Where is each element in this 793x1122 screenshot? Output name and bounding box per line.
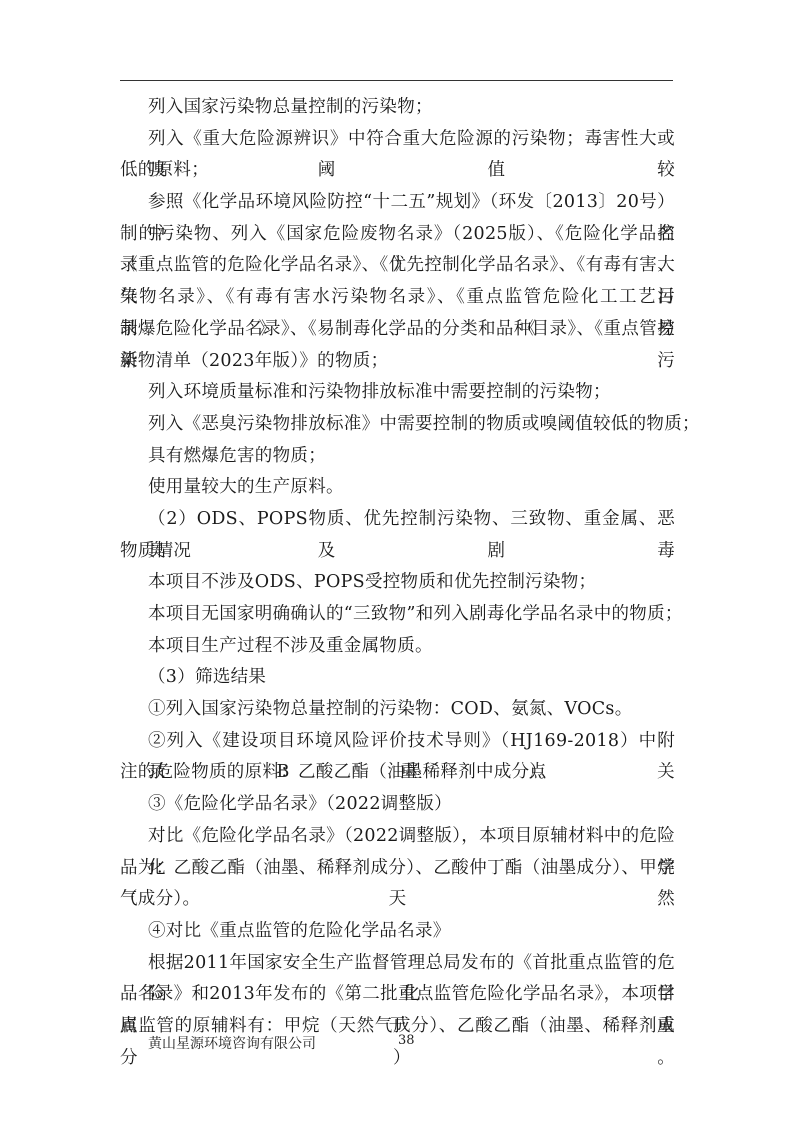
- text-line: 品为：乙酸乙酯（油墨、稀释剂成分）、乙酸仲丁酯（油墨成分）、甲烷（天然: [120, 853, 675, 885]
- text-line: 列入《恶臭污染物排放标准》中需要控制的物质或嗅阈值较低的物质；: [120, 409, 675, 441]
- text-line: 具有燃爆危害的物质；: [120, 441, 675, 473]
- text-line: 列入国家污染物总量控制的污染物；: [120, 92, 675, 124]
- text-line: ④对比《重点监管的危险化学品名录》: [120, 916, 675, 948]
- text-line: 对比《危险化学品名录》（2022调整版），本项目原辅材料中的危险化学: [120, 821, 675, 853]
- text-line: （2）ODS、POPS物质、优先控制污染物、三致物、重金属、恶臭及剧毒: [120, 504, 675, 536]
- text-line: 根据2011年国家安全生产监督管理总局发布的《首批重点监管的危险化学: [120, 948, 675, 980]
- text-line: 本项目生产过程不涉及重金属物质。: [120, 631, 675, 663]
- text-line: ③《危险化学品名录》（2022调整版）: [120, 789, 675, 821]
- footer-company: 黄山星源环境咨询有限公司: [148, 1033, 316, 1053]
- text-line: 品名录》和2013年发布的《第二批重点监管危险化学品名录》，本项目属于重: [120, 979, 675, 1011]
- text-line: 使用量较大的生产原料。: [120, 472, 675, 504]
- text-line: ①列入国家污染物总量控制的污染物：COD、氨氮、VOCs。: [120, 694, 675, 726]
- text-line: 染物名录》、《有毒有害水污染物名录》、《重点监管危险化工工艺目录》、《易: [120, 282, 675, 314]
- text-line: ②列入《建设项目环境风险评价技术导则》（HJ169-2018）中附录B重点关: [120, 726, 675, 758]
- text-line: 制爆危险化学品名录》、《易制毒化学品的分类和品种目录》、《重点管控新污: [120, 314, 675, 346]
- text-line: 本项目无国家明确确认的“三致物”和列入剧毒化学品名录中的物质；: [120, 599, 675, 631]
- text-line: 参照《化学品环境风险防控“十二五”规划》（环发〔2013〕20号）中控: [120, 187, 675, 219]
- page-number: 38: [398, 1033, 415, 1048]
- text-line: （3）筛选结果: [120, 662, 675, 694]
- document-body: 列入国家污染物总量控制的污染物；列入《重大危险源辨识》中符合重大危险源的污染物；…: [120, 92, 675, 1043]
- text-line: 制的污染物、列入《国家危险废物名录》（2025版）、《危险化学品名录》、: [120, 219, 675, 251]
- text-line: 列入《重大危险源辨识》中符合重大危险源的污染物；毒害性大或嗅阈值较: [120, 124, 675, 156]
- header-rule: [120, 80, 673, 81]
- text-line: 《重点监管的危险化学品名录》、《优先控制化学品名录》、《有毒有害大气污: [120, 250, 675, 282]
- text-line: 本项目不涉及ODS、POPS受控物质和优先控制污染物；: [120, 567, 675, 599]
- text-line: 列入环境质量标准和污染物排放标准中需要控制的污染物；: [120, 377, 675, 409]
